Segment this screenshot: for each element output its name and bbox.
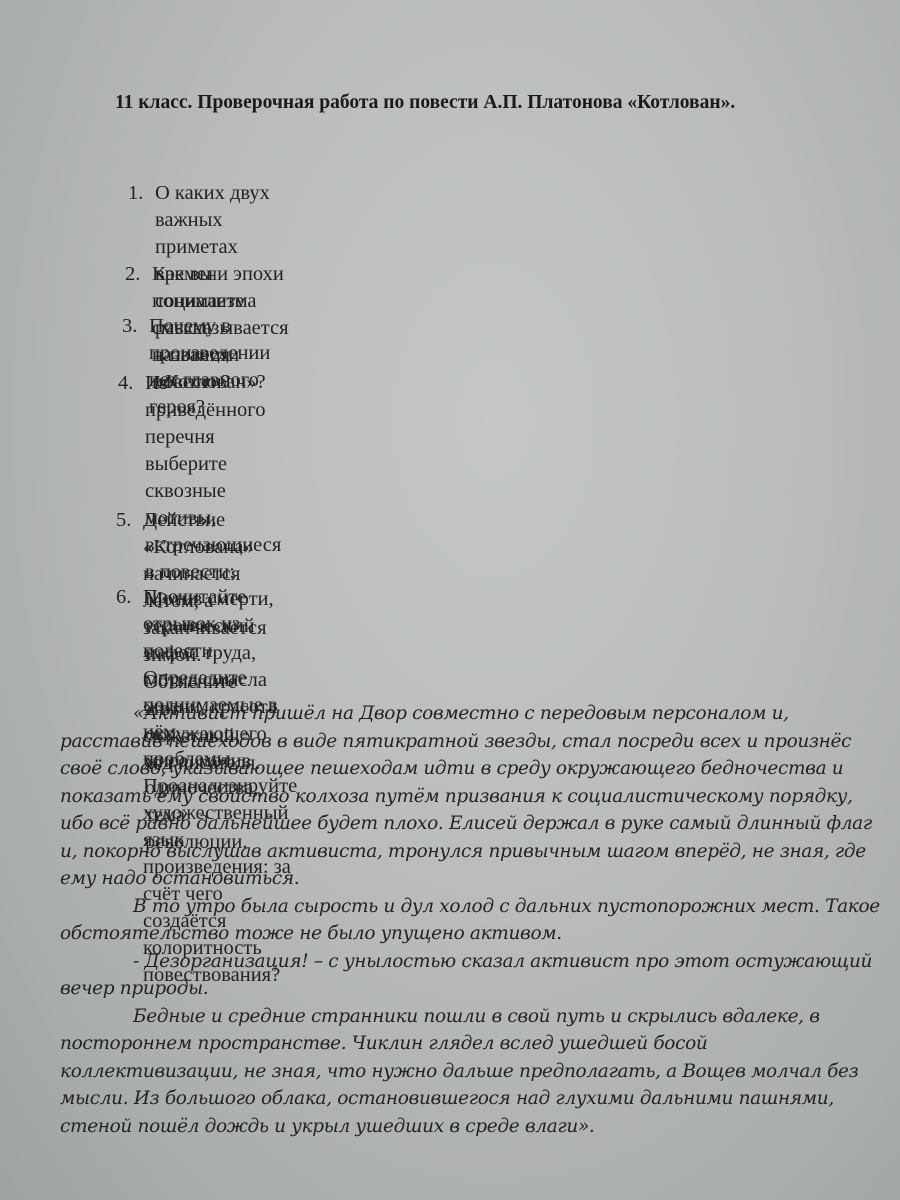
question-number: 6. [116,584,131,611]
question-number: 1. [128,180,143,207]
worksheet-page: 11 класс. Проверочная работа по повести … [0,0,900,1200]
question-number: 2. [125,261,140,288]
passage-paragraph: «Активист пришёл на Двор совместно с пер… [60,700,880,893]
worksheet-title: 11 класс. Проверочная работа по повести … [115,92,875,114]
question-number: 3. [122,313,137,340]
question-number: 5. [116,507,131,534]
passage-paragraph: В то утро была сырость и дул холод с дал… [60,893,880,948]
question-number: 4. [118,370,133,397]
passage-paragraph: Бедные и средние странники пошли в свой … [60,1003,880,1141]
excerpt-passage: «Активист пришёл на Двор совместно с пер… [60,700,880,1140]
passage-paragraph: - Дезорганизация! – с унылостью сказал а… [60,948,880,1003]
